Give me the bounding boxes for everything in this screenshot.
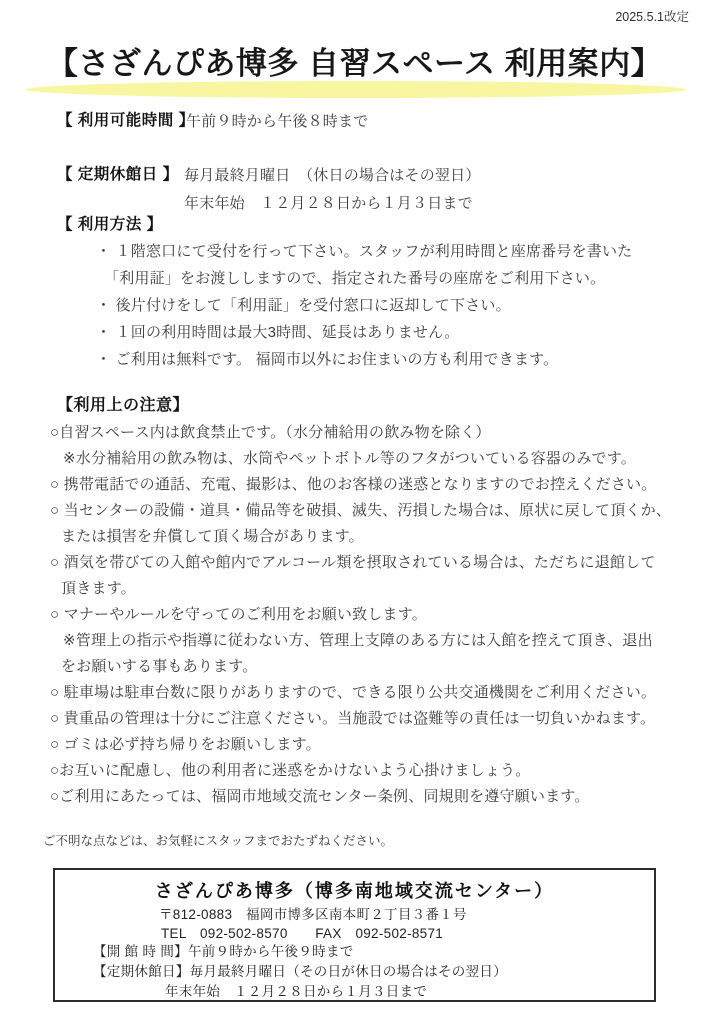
how-to-use-line: ・ 後片付けをして「利用証」を受付窓口に返却して下さい。 xyxy=(96,294,511,315)
available-hours-value: 午前９時から午後８時まで xyxy=(186,110,368,131)
section-label-closed-days: 【 定期休館日 】 xyxy=(57,162,179,184)
caution-note-line: ※水分補給用の飲み物は、水筒やペットボトル等のフタがついている容器のみです。 xyxy=(63,447,636,468)
caution-line-continuation: または損害を弁償して頂く場合があります。 xyxy=(61,525,364,546)
caution-line: ○ 駐車場は駐車台数に限りがありますので、できる限り公共交通機関をご利用ください… xyxy=(50,681,656,702)
caution-line: ○ 携帯電話での通話、充電、撮影は、他のお客様の迷惑となりますのでお控えください… xyxy=(50,473,656,494)
caution-line: ○ 酒気を帯びての入館や館内でアルコール類を摂取されている場合は、ただちに退館し… xyxy=(50,551,656,572)
closed-days-line2: 年末年始 １２月２８日から１月３日まで xyxy=(184,192,473,213)
revision-date: 2025.5.1改定 xyxy=(615,7,689,25)
how-to-use-line: ・ １階窓口にて受付を行って下さい。スタッフが利用時間と座席番号を書いた xyxy=(96,240,632,261)
caution-line-continuation: をお願いする事もあります。 xyxy=(61,655,257,676)
title-yellow-highlight xyxy=(26,81,686,98)
caution-line-continuation: 頂きます。 xyxy=(61,577,136,598)
facility-name: さざんぴあ博多（博多南地域交流センター） xyxy=(55,877,654,903)
section-label-available-hours: 【 利用可能時間 】 xyxy=(57,108,195,130)
caution-line: ○ ゴミは必ず持ち帰りをお願いします。 xyxy=(50,733,321,754)
section-label-how-to-use: 【 利用方法 】 xyxy=(57,212,163,234)
caution-note-line: ※管理上の指示や指導に従わない方、管理上支障のある方には入館を控えて頂き、退出 xyxy=(63,629,653,650)
how-to-use-line: ・ １回の利用時間は最大3時間、延長はありません。 xyxy=(96,321,459,342)
facility-address: 〒812-0883 福岡市博多区南本町２丁目３番１号 xyxy=(159,903,467,923)
how-to-use-line: ・ ご利用は無料です。 福岡市以外にお住まいの方も利用できます。 xyxy=(96,348,558,369)
section-label-cautions: 【利用上の注意】 xyxy=(57,392,189,415)
caution-line: ○ マナーやルールを守ってのご利用をお願い致します。 xyxy=(50,603,427,624)
facility-info-box: さざんぴあ博多（博多南地域交流センター） 〒812-0883 福岡市博多区南本町… xyxy=(53,868,656,1002)
facility-tel-fax: TEL 092-502-8570 FAX 092-502-8571 xyxy=(161,922,443,942)
document-page: 2025.5.1改定 【さざんぴあ博多 自習スペース 利用案内】 【 利用可能時… xyxy=(0,0,709,1024)
closed-days-line1: 毎月最終月曜日 （休日の場合はその翌日） xyxy=(184,164,481,185)
caution-line: ○自習スペース内は飲食禁止です。（水分補給用の飲み物を除く） xyxy=(50,421,491,442)
facility-newyear-closed: 年末年始 １２月２８日から１月３日まで xyxy=(165,980,427,1000)
facility-closed-day: 【定期休館日】毎月最終月曜日（その日が休日の場合はその翌日） xyxy=(93,960,507,980)
page-title: 【さざんぴあ博多 自習スペース 利用案内】 xyxy=(0,38,709,83)
caution-line: ○お互いに配慮し、他の利用者に迷惑をかけないよう心掛けましょう。 xyxy=(50,759,530,780)
facility-open-hours: 【開 館 時 間】午前９時から午後９時まで xyxy=(93,940,354,960)
how-to-use-line: 「利用証」をお渡ししますので、指定された番号の座席をご利用下さい。 xyxy=(104,267,605,288)
footer-inquiry-note: ご不明な点などは、お気軽にスタッフまでおたずねください。 xyxy=(43,831,393,849)
caution-line: ○ 貴重品の管理は十分にご注意ください。当施設では盗難等の責任は一切負いかねます… xyxy=(50,707,655,728)
caution-line: ○ 当センターの設備・道具・備品等を破損、滅失、汚損した場合は、原状に戻して頂く… xyxy=(50,499,671,520)
caution-line: ○ご利用にあたっては、福岡市地域交流センター条例、同規則を遵守願います。 xyxy=(50,785,589,806)
